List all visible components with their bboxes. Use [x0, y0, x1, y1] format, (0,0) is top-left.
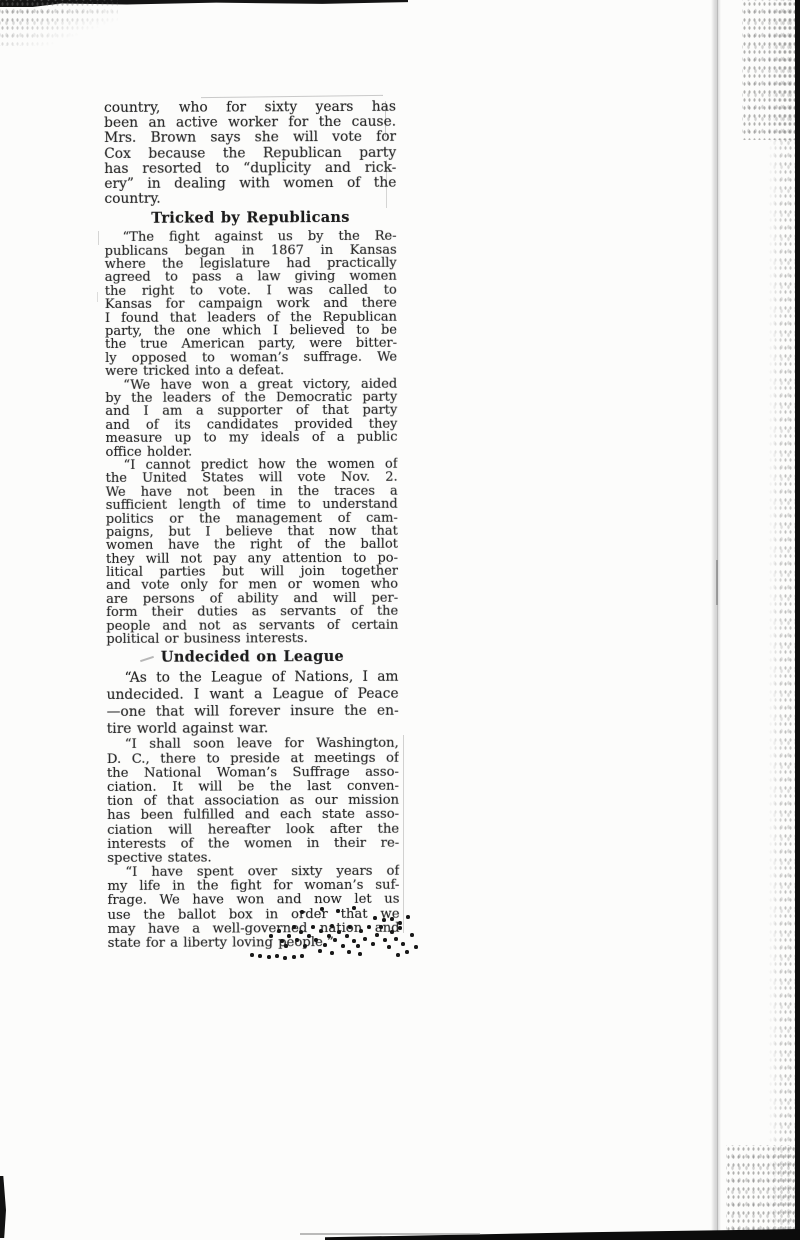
text-line: undecided. I want a League of Peace: [107, 686, 399, 704]
article-paragraph: “I have spent over sixty years ofmy life…: [107, 865, 399, 951]
text-line: Kansas for campaign work and there: [105, 297, 397, 312]
clipping-edge-right: [403, 735, 404, 933]
text-line: “I have spent over sixty years of: [107, 865, 399, 880]
stamp-dot: [330, 951, 334, 955]
article-paragraph: “The fight against us by the Re-publican…: [105, 230, 398, 379]
text-line: —one that will forever insure the en-: [107, 703, 399, 721]
page-fold-line: [717, 0, 718, 1240]
text-line: were tricked into a defeat.: [105, 364, 397, 379]
clipping-edge-top: [201, 95, 383, 98]
article-paragraph: country, who for sixty years hasbeen an …: [104, 100, 396, 208]
scan-right-edge: [795, 0, 800, 1240]
stamp-dot: [405, 950, 409, 954]
text-line: by the leaders of the Democratic party: [105, 391, 397, 406]
scan-noise-top-right: [742, 0, 798, 140]
article-paragraph: “I shall soon leave for Washington,D. C.…: [107, 737, 400, 866]
text-line: publicans began in 1867 in Kansas: [105, 243, 397, 258]
section-heading: Tricked by Republicans: [104, 210, 396, 227]
text-line: the right to vote. I was called to: [105, 284, 397, 299]
text-line: We have not been in the traces a: [106, 484, 398, 499]
text-line: women have the right of the ballot: [106, 538, 398, 553]
scan-left-bottom-mark: [0, 1176, 6, 1238]
text-line: country, who for sixty years has: [104, 100, 396, 116]
text-line: D. C., there to preside at meetings of: [107, 751, 399, 766]
text-line: “We have won a great victory, aided: [105, 377, 397, 392]
stamp-dot: [396, 953, 400, 957]
text-line: Mrs. Brown says she will vote for: [104, 130, 396, 146]
text-line: ciation will hereafter look after the: [107, 822, 399, 837]
text-line: paigns, but I believe that now that: [106, 525, 398, 540]
text-line: interests of the women in their re-: [107, 836, 399, 851]
text-line: the National Woman’s Suffrage asso-: [107, 766, 399, 781]
stamp-dot: [410, 933, 414, 937]
text-line: ciation. It will be the last conven-: [107, 780, 399, 795]
article-paragraph: “We have won a great victory, aidedby th…: [105, 377, 397, 459]
text-line: country.: [104, 191, 396, 207]
text-line: office holder.: [106, 444, 398, 459]
text-line: been an active worker for the cause.: [104, 115, 396, 131]
article-paragraph: “As to the League of Nations, I amundeci…: [106, 669, 398, 738]
text-line: “I shall soon leave for Washington,: [107, 737, 399, 752]
stamp-dot: [414, 945, 418, 949]
text-line: may have a well-governed nation and: [108, 922, 400, 937]
text-line: political or business interests.: [106, 632, 398, 647]
text-line: the United States will vote Nov. 2.: [106, 471, 398, 486]
text-line: where the legislature had practically: [105, 257, 397, 272]
article-paragraph: “I cannot predict how the women ofthe Un…: [106, 458, 399, 647]
scan-noise-bottom-right: [726, 1145, 800, 1240]
text-line: the true American party, were bitter-: [105, 337, 397, 352]
text-line: spective states.: [107, 851, 399, 866]
text-line: and of its candidates provided they: [105, 418, 397, 433]
stamp-dot: [258, 954, 262, 958]
text-line: and vote only for men or women who: [106, 578, 398, 593]
text-line: litical parties but will join together: [106, 565, 398, 580]
stamp-dot: [300, 954, 304, 958]
scan-bottom-line: [300, 1233, 480, 1235]
text-line: “I cannot predict how the women of: [106, 458, 398, 473]
newspaper-clipping: country, who for sixty years hasbeen an …: [104, 100, 400, 952]
text-line: and I am a supporter of that party: [105, 404, 397, 419]
stamp-dot: [406, 915, 410, 919]
clipping-edge-left: [97, 292, 98, 302]
text-line: measure up to my ideals of a public: [105, 431, 397, 446]
stamp-dot: [275, 954, 279, 958]
section-heading: Undecided on League: [106, 649, 398, 666]
scan-top-edge: [0, 0, 408, 7]
text-line: my life in the fight for woman’s suf-: [107, 879, 399, 894]
text-line: ery” in dealing with women of the: [104, 176, 396, 192]
text-line: ly opposed to woman’s suffrage. We: [105, 351, 397, 366]
text-line: people and not as servants of certain: [106, 618, 398, 633]
text-line: agreed to pass a law giving women: [105, 270, 397, 285]
text-line: has been fulfilled and each state asso-: [107, 808, 399, 823]
text-line: sufficient length of time to understand: [106, 498, 398, 513]
text-line: form their duties as servants of the: [106, 605, 398, 620]
stamp-dot: [347, 950, 351, 954]
stamp-dot: [358, 952, 362, 956]
text-line: are persons of ability and will per-: [106, 592, 398, 607]
stamp-dot: [267, 955, 271, 959]
text-line: “As to the League of Nations, I am: [106, 669, 398, 687]
text-line: I found that leaders of the Republican: [105, 310, 397, 325]
page-fold-band: [711, 0, 721, 1240]
stamp-dot: [250, 953, 254, 957]
text-line: Cox because the Republican party: [104, 145, 396, 161]
text-line: tion of that association as our mission: [107, 794, 399, 809]
scanned-page: country, who for sixty years hasbeen an …: [0, 0, 800, 1240]
text-line: “The fight against us by the Re-: [105, 230, 397, 245]
clipping-edge-left: [98, 231, 99, 245]
scan-noise-right-band: [768, 0, 796, 1240]
page-fold-dark-segment: [716, 560, 718, 605]
text-line: use the ballot box in order that we: [108, 907, 400, 922]
text-line: tire world against war.: [107, 720, 399, 738]
text-line: frage. We have won and now let us: [107, 893, 399, 908]
stamp-dot: [401, 942, 405, 946]
text-line: they will not pay any attention to po-: [106, 551, 398, 566]
text-line: politics or the management of cam-: [106, 511, 398, 526]
stamp-dot: [283, 956, 287, 960]
text-line: has resorted to “duplicity and rick-: [104, 160, 396, 176]
text-line: party, the one which I believed to be: [105, 324, 397, 339]
stamp-dot: [292, 955, 296, 959]
text-line: state for a liberty loving people.”: [108, 936, 400, 951]
